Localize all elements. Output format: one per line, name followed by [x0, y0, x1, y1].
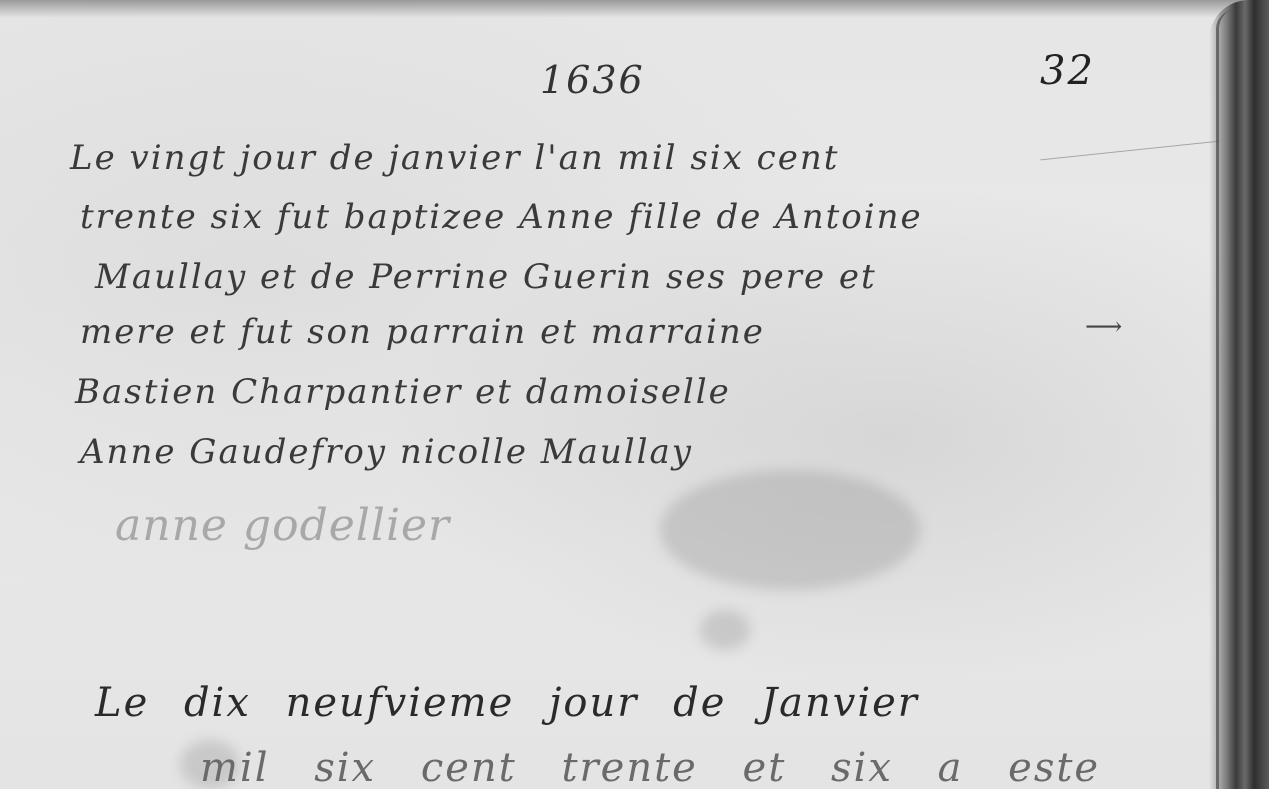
continuation-arrow-icon: ⟶ [1085, 312, 1122, 342]
entry-1-line-2: trente six fut baptizee Anne fille de An… [80, 197, 923, 237]
entry-2-line-2: mil six cent trente et six a este [200, 745, 1100, 789]
ink-stain [660, 470, 920, 590]
ink-stain [700, 610, 750, 650]
folio-number: 32 [1040, 48, 1095, 94]
page-top-shadow [0, 0, 1269, 18]
manuscript-page: 1636 32 Le vingt jour de janvier l'an mi… [0, 0, 1269, 789]
entry-1-signature: anne godellier [115, 500, 450, 551]
register-year: 1636 [540, 58, 645, 102]
entry-1-line-3: Maullay et de Perrine Guerin ses pere et [95, 257, 877, 297]
entry-1-line-4: mere et fut son parrain et marraine [80, 312, 765, 352]
entry-1-line-1: Le vingt jour de janvier l'an mil six ce… [70, 138, 839, 178]
entry-1-line-5: Bastien Charpantier et damoiselle [75, 372, 731, 412]
entry-1-line-6: Anne Gaudefroy nicolle Maullay [80, 432, 693, 472]
ruled-stroke [1040, 141, 1219, 161]
entry-2-line-1: Le dix neufvieme jour de Janvier [95, 680, 919, 726]
page-edge-curl [1216, 10, 1235, 789]
